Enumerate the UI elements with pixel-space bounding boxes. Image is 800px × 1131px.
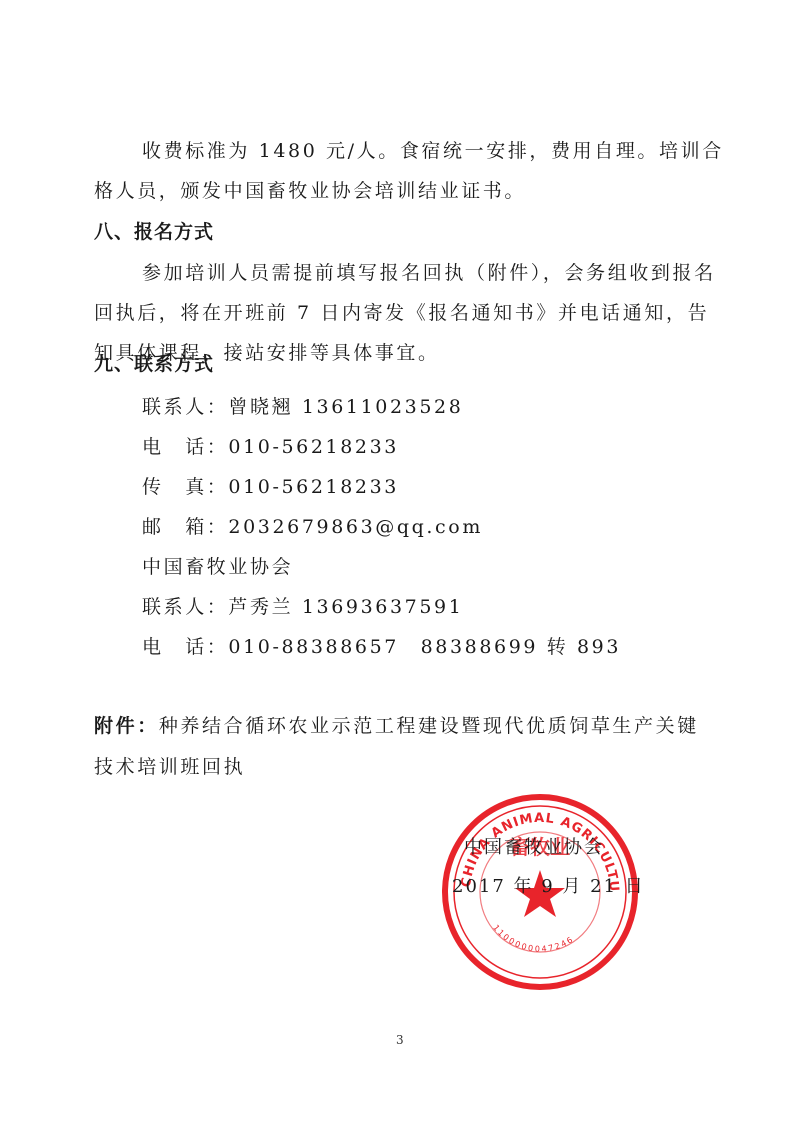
- section-8-line-1: 参加培训人员需提前填写报名回执（附件），会务组收到报名: [142, 261, 716, 285]
- contact-label: 电 话：: [142, 636, 228, 658]
- contact-row: 传 真：010-56218233: [142, 475, 399, 499]
- contact-row: 电 话：010-88388657 88388699 转 893: [142, 635, 621, 659]
- contact-value: 芦秀兰 13693637591: [228, 596, 463, 618]
- contact-value: 010-88388657 88388699 转 893: [228, 636, 621, 658]
- contact-value: 曾晓翘 13611023528: [228, 396, 463, 418]
- contact-label: 联系人：: [142, 396, 228, 418]
- svg-text:1100000047246: 1100000047246: [491, 923, 576, 954]
- section-8-heading: 八、报名方式: [94, 220, 214, 244]
- fee-line-2: 格人员，颁发中国畜牧业协会培训结业证书。: [94, 179, 526, 203]
- email-link[interactable]: 2032679863@qq.com: [228, 516, 483, 538]
- attachment-title: 种养结合循环农业示范工程建设暨现代优质饲草生产关键: [159, 715, 699, 737]
- attachment-line-2: 技术培训班回执: [94, 755, 245, 779]
- contact-row: 联系人：曾晓翘 13611023528: [142, 395, 463, 419]
- contact-value: 010-56218233: [228, 436, 399, 458]
- contact-label: 邮 箱：: [142, 516, 228, 538]
- org-name: 中国畜牧业协会: [142, 555, 293, 579]
- signature-org: 中国畜牧业协会: [464, 837, 604, 859]
- contact-label: 联系人：: [142, 596, 228, 618]
- fee-line-1: 收费标准为 1480 元/人。食宿统一安排，费用自理。培训合: [142, 139, 724, 163]
- attachment-line-1: 附件：种养结合循环农业示范工程建设暨现代优质饲草生产关键: [94, 714, 699, 738]
- contact-value: 010-56218233: [228, 476, 399, 498]
- attachment-label: 附件：: [94, 715, 159, 737]
- contact-row: 电 话：010-56218233: [142, 435, 399, 459]
- contact-row: 联系人：芦秀兰 13693637591: [142, 595, 463, 619]
- signature-date: 2017 年 9 月 21 日: [452, 876, 645, 898]
- contact-label: 传 真：: [142, 476, 228, 498]
- contact-row: 邮 箱：2032679863@qq.com: [142, 515, 483, 539]
- section-8-line-2: 回执后，将在开班前 7 日内寄发《报名通知书》并电话通知，告: [94, 301, 709, 325]
- page-number: 3: [396, 1033, 404, 1047]
- section-9-heading: 九、联系方式: [94, 352, 214, 376]
- contact-label: 电 话：: [142, 436, 228, 458]
